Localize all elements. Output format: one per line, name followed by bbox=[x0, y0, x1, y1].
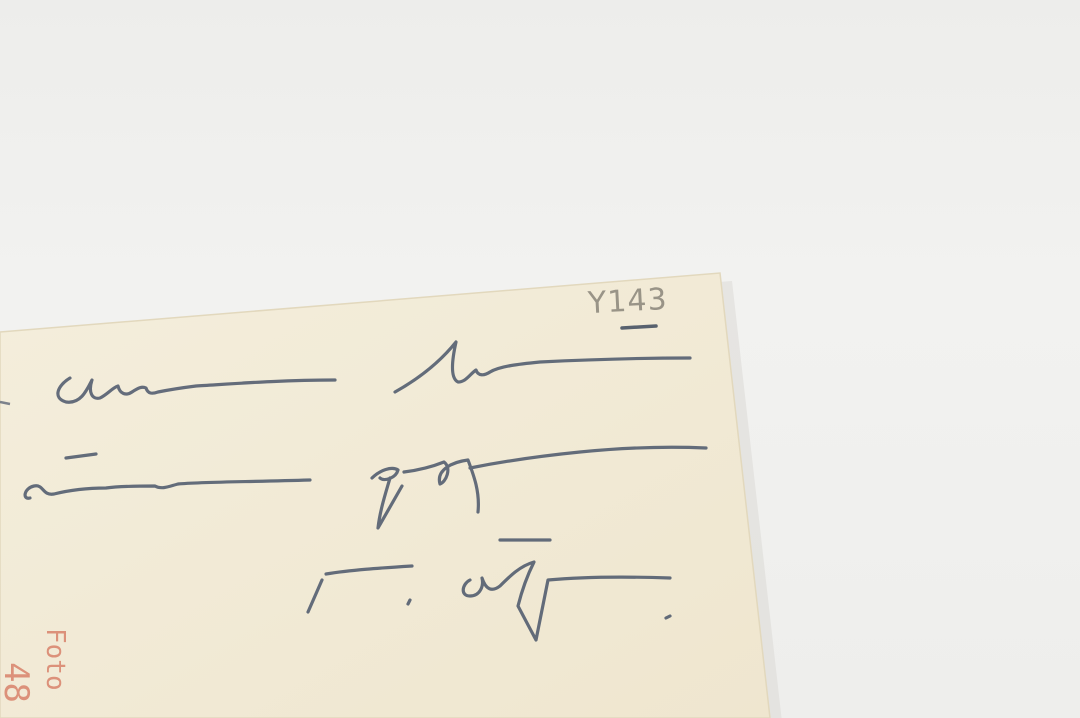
photo-scene: Y143 Foto 48 bbox=[0, 0, 1080, 718]
postcard-shape bbox=[0, 0, 1080, 718]
photographer-stamp-text: Foto bbox=[40, 628, 70, 691]
photographer-stamp-number: 48 bbox=[0, 662, 36, 703]
pencil-catalog-number: Y143 bbox=[587, 282, 668, 321]
postcard: Y143 Foto 48 bbox=[0, 0, 1080, 718]
